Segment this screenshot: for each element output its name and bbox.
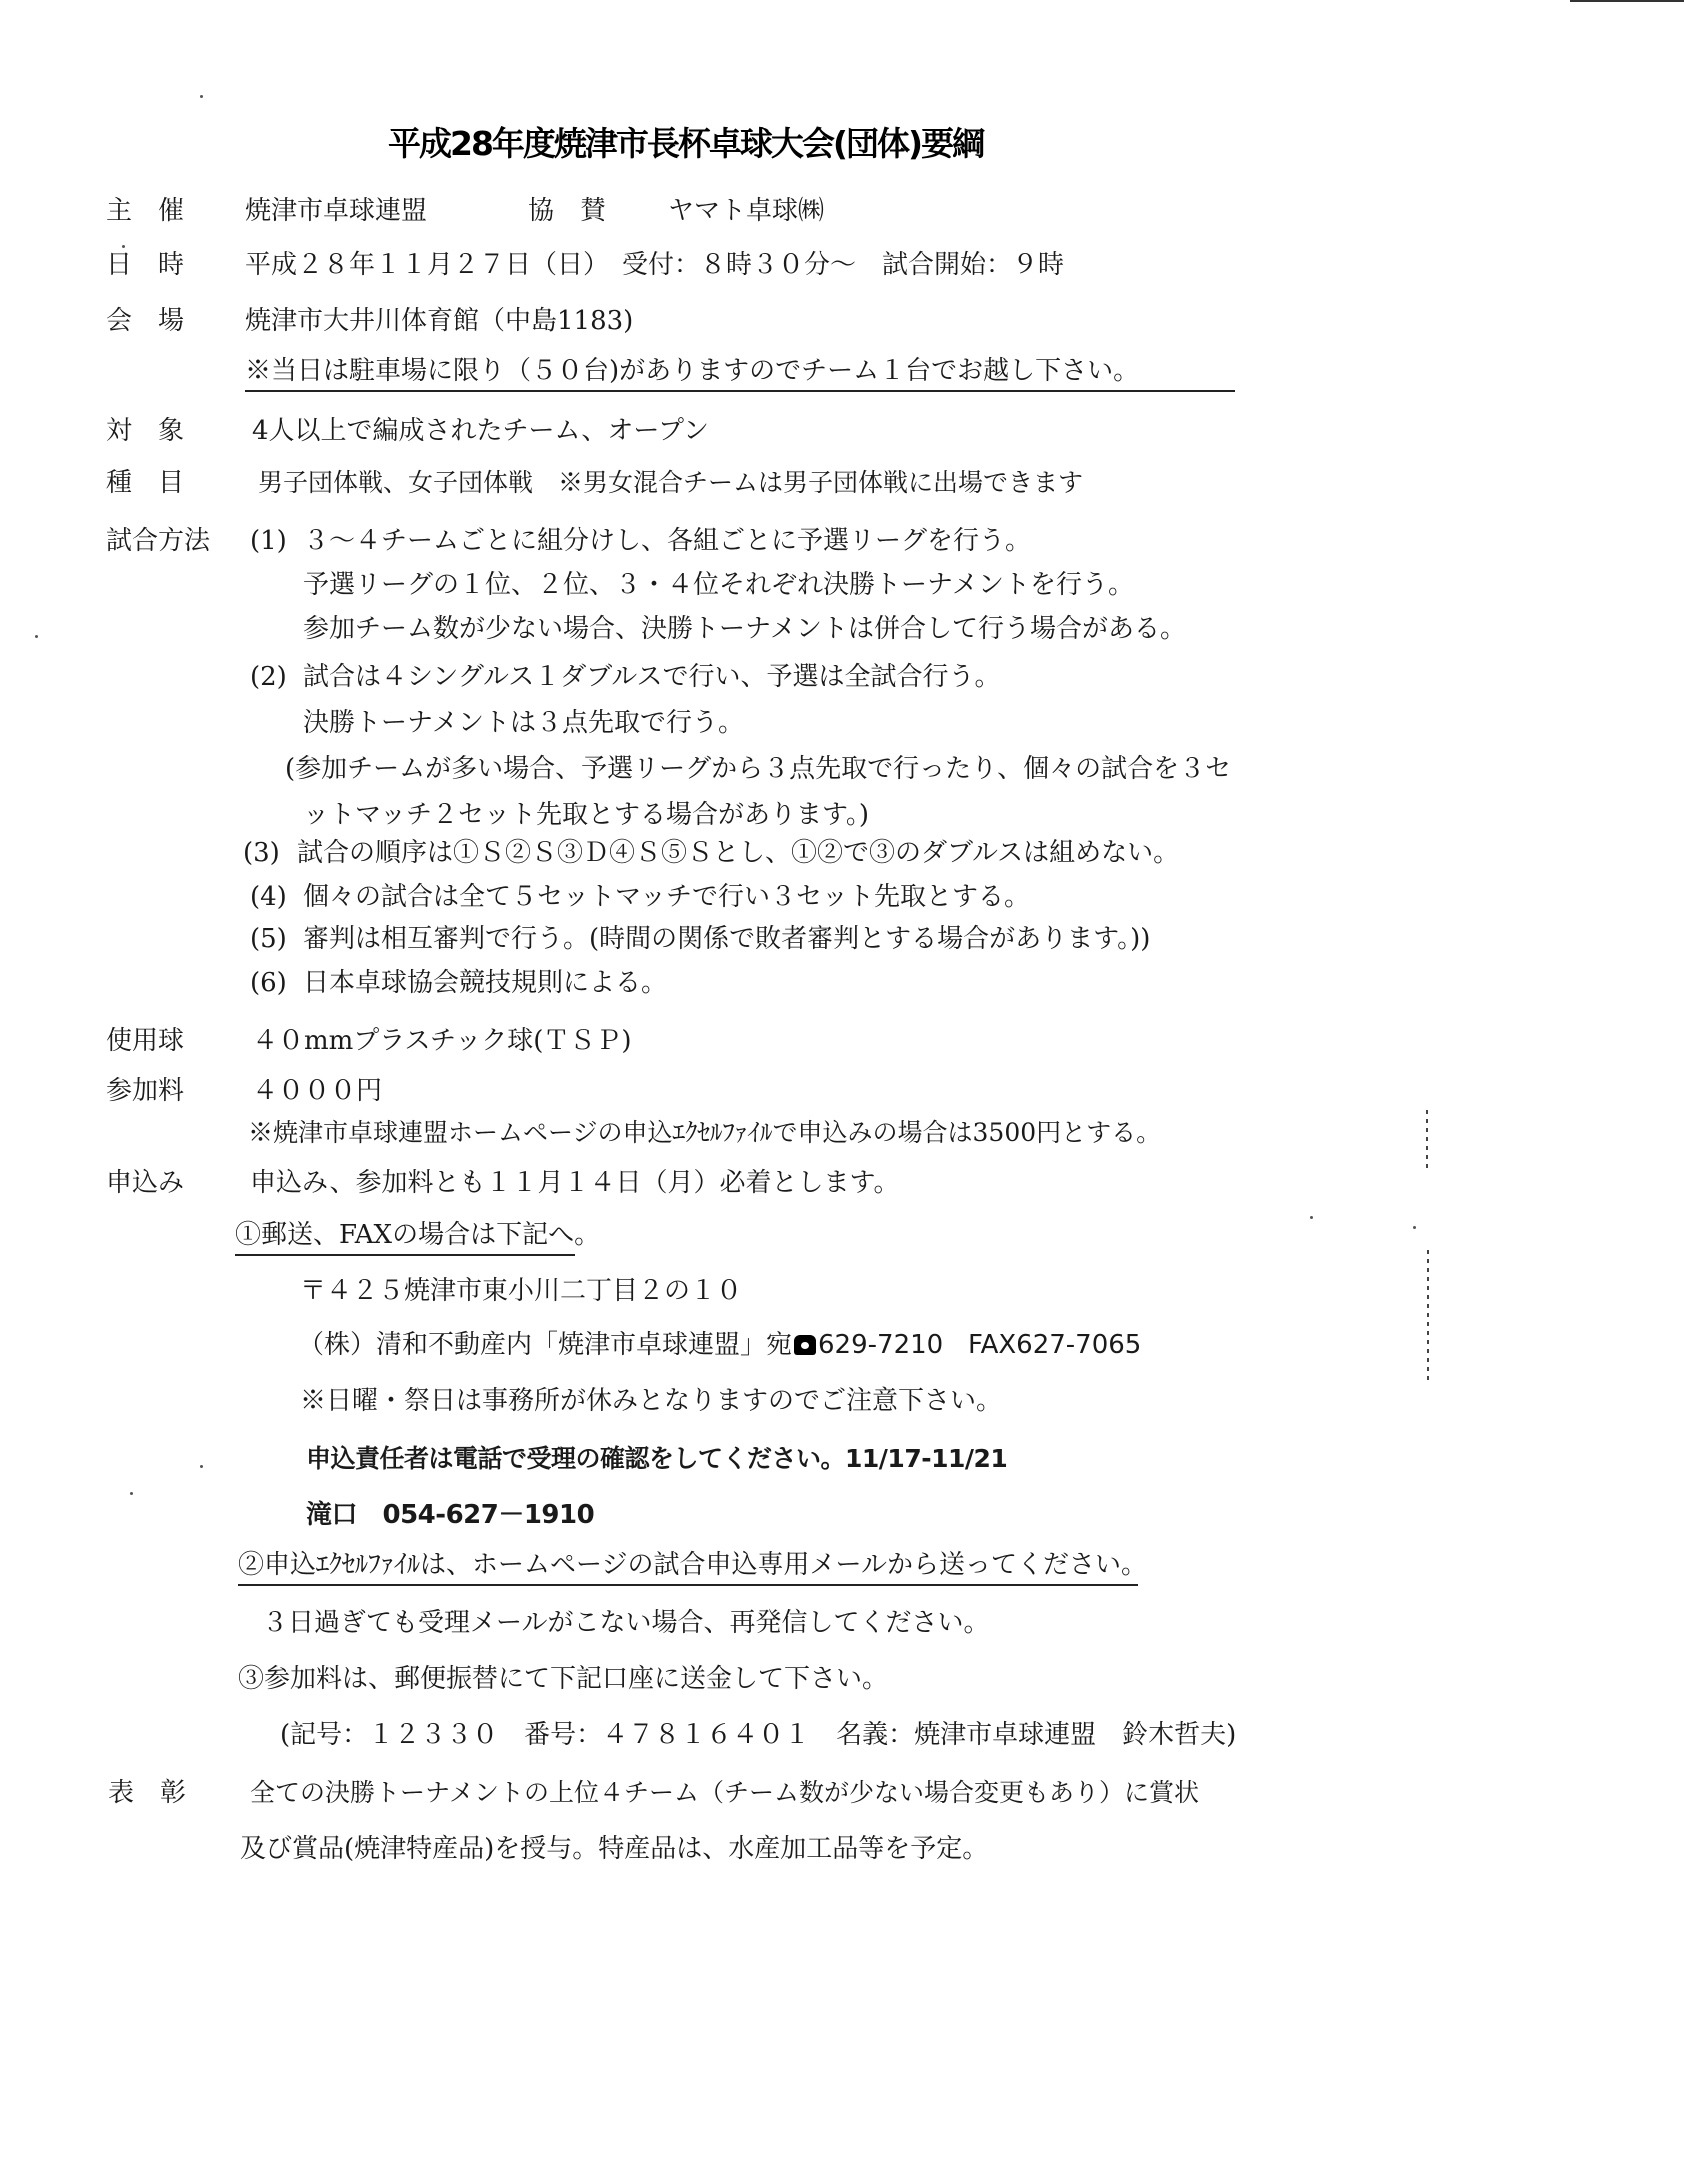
format-item-5-line-1: 審判は相互審判で行う。(時間の関係で敗者審判とする場合があります。)) (303, 922, 1150, 956)
scan-speck (1413, 1226, 1416, 1229)
application-deadline: 申込み、参加料とも１１月１４日（月）必着とします。 (250, 1166, 899, 1200)
tel-number: 629-7210 (818, 1330, 943, 1360)
format-item-3-line-1: 試合の順序は①Ｓ②Ｓ③Ｄ④Ｓ⑤Ｓとし、①②で③のダブルスは組めない。 (297, 836, 1179, 870)
format-item-1-line-3: 参加チーム数が少ない場合、決勝トーナメントは併合して行う場合がある。 (303, 612, 1186, 646)
format-item-6-line-1: 日本卓球協会競技規則による。 (303, 966, 667, 1000)
organizer-label: 主 催 (106, 194, 184, 228)
format-item-2-line-3: (参加チームが多い場合、予選リーグから３点先取で行ったり、個々の試合を３セ (285, 752, 1231, 786)
fee-discount-note: ※焼津市卓球連盟ホームページの申込ｴｸｾﾙﾌｧｲﾙで申込みの場合は3500円とす… (248, 1116, 1161, 1150)
datetime-label: 日 時 (106, 248, 184, 282)
awards-line-1: 全ての決勝トーナメントの上位４チーム（チーム数が少ない場合変更もあり）に賞状 (250, 1776, 1199, 1810)
scan-speck (200, 95, 203, 98)
method2-resend-note: ３日過ぎても受理メールがこない場合、再発信してください。 (262, 1606, 989, 1640)
method1-heading: ①郵送、FAXの場合は下記へ。 (235, 1218, 575, 1256)
ball-value: ４０mmプラスチック球(ＴＳＰ) (252, 1024, 632, 1058)
sponsor-label: 協 賛 (528, 194, 606, 228)
format-item-2-line-1: 試合は４シングルス１ダブルスで行い、予選は全試合行う。 (303, 660, 1000, 694)
telephone-icon (794, 1335, 816, 1355)
method3-heading: ③参加料は、郵便振替にて下記口座に送金して下さい。 (238, 1662, 888, 1696)
awards-label: 表 彰 (108, 1776, 186, 1810)
fax-number: FAX627-7065 (968, 1330, 1141, 1360)
format-item-1-line-1: ３～４チームごとに組分けし、各組ごとに予選リーグを行う。 (303, 524, 1031, 558)
format-item-6-num: (6) (250, 966, 287, 1000)
holiday-note: ※日曜・祭日は事務所が休みとなりますのでご注意下さい。 (300, 1384, 1002, 1418)
format-item-2-num: (2) (250, 660, 287, 694)
format-item-2-line-4: ットマッチ２セット先取とする場合があります。) (303, 798, 869, 832)
postal-account-details: (記号：１２３３０ 番号：４７８１６４０１ 名義：焼津市卓球連盟 鈴木哲夫) (280, 1718, 1236, 1752)
recipient-line: （株）清和不動産内「焼津市卓球連盟」宛629-7210 FAX627-7065 (298, 1328, 1141, 1362)
phone-confirmation-note: 申込責任者は電話で受理の確認をしてください。11/17-11/21 (306, 1442, 1007, 1476)
organizer-value: 焼津市卓球連盟 (245, 194, 427, 228)
venue-label: 会 場 (106, 304, 184, 338)
events-value: 男子団体戦、女子団体戦 ※男女混合チームは男子団体戦に出場できます (258, 466, 1083, 500)
contact-person: 滝口 054-627－1910 (306, 1498, 594, 1532)
format-item-5-num: (5) (250, 922, 287, 956)
format-item-1-line-2: 予選リーグの１位、２位、３・４位それぞれ決勝トーナメントを行う。 (303, 568, 1134, 602)
mailing-address: 〒４２５焼津市東小川二丁目２の１０ (300, 1274, 742, 1308)
scan-artifact-top-right (1570, 0, 1684, 2)
datetime-value: 平成２８年１１月２７日（日） 受付：８時３０分～ 試合開始：９時 (245, 248, 1064, 282)
venue-value: 焼津市大井川体育館（中島1183) (245, 304, 633, 338)
awards-line-2: 及び賞品(焼津特産品)を授与。特産品は、水産加工品等を予定。 (240, 1832, 988, 1866)
recipient-name: （株）清和不動産内「焼津市卓球連盟」宛 (298, 1330, 792, 1360)
scan-speck (130, 1492, 133, 1495)
format-label: 試合方法 (106, 524, 210, 558)
events-label: 種 目 (106, 466, 184, 500)
document-title: 平成28年度焼津市長杯卓球大会(団体)要綱 (388, 118, 1068, 165)
venue-parking-note: ※当日は駐車場に限り（５０台)がありますのでチーム１台でお越し下さい。 (245, 354, 1235, 392)
format-item-3-num: (3) (243, 836, 280, 870)
format-item-4-num: (4) (250, 880, 287, 914)
method2-heading: ②申込ｴｸｾﾙﾌｧｲﾙは、ホームページの試合申込専用メールから送ってください。 (238, 1548, 1138, 1586)
format-item-2-line-2: 決勝トーナメントは３点先取で行う。 (303, 706, 744, 740)
format-item-1-num: (1) (250, 524, 287, 558)
format-item-4-line-1: 個々の試合は全て５セットマッチで行い３セット先取とする。 (303, 880, 1030, 914)
sponsor-value: ヤマト卓球㈱ (668, 194, 824, 228)
scanned-document-page: 平成28年度焼津市長杯卓球大会(団体)要綱 主 催 焼津市卓球連盟 協 賛 ヤマ… (0, 0, 1684, 2184)
application-label: 申込み (106, 1166, 184, 1200)
fee-value: ４０００円 (252, 1074, 382, 1108)
eligibility-label: 対 象 (106, 414, 184, 448)
scan-speck (200, 1465, 203, 1468)
scan-artifact-dotted-line (1426, 1110, 1428, 1170)
ball-label: 使用球 (106, 1024, 184, 1058)
fee-label: 参加料 (106, 1074, 184, 1108)
scan-artifact-dotted-line (1427, 1250, 1429, 1380)
eligibility-value: 4人以上で編成されたチーム、オープン (252, 414, 709, 448)
scan-speck (35, 635, 38, 638)
scan-speck (1310, 1216, 1313, 1219)
